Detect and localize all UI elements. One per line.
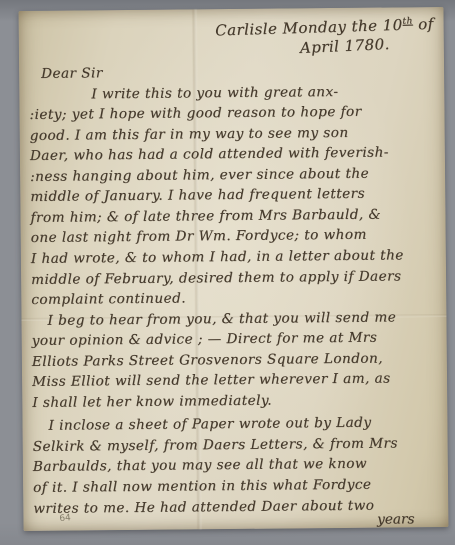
letter-text: Carlisle Monday the 10th of April 1780. … [19, 7, 449, 531]
letter-paper: Carlisle Monday the 10th of April 1780. … [19, 7, 449, 531]
catchword: years [377, 511, 414, 527]
photo-background: Carlisle Monday the 10th of April 1780. … [0, 0, 455, 545]
pencil-annotation: 64 [59, 513, 71, 524]
dateline-suffix: of [413, 15, 434, 34]
letter-line: I shall let her know immediately. [32, 391, 439, 415]
dateline-ordinal: th [402, 16, 413, 26]
